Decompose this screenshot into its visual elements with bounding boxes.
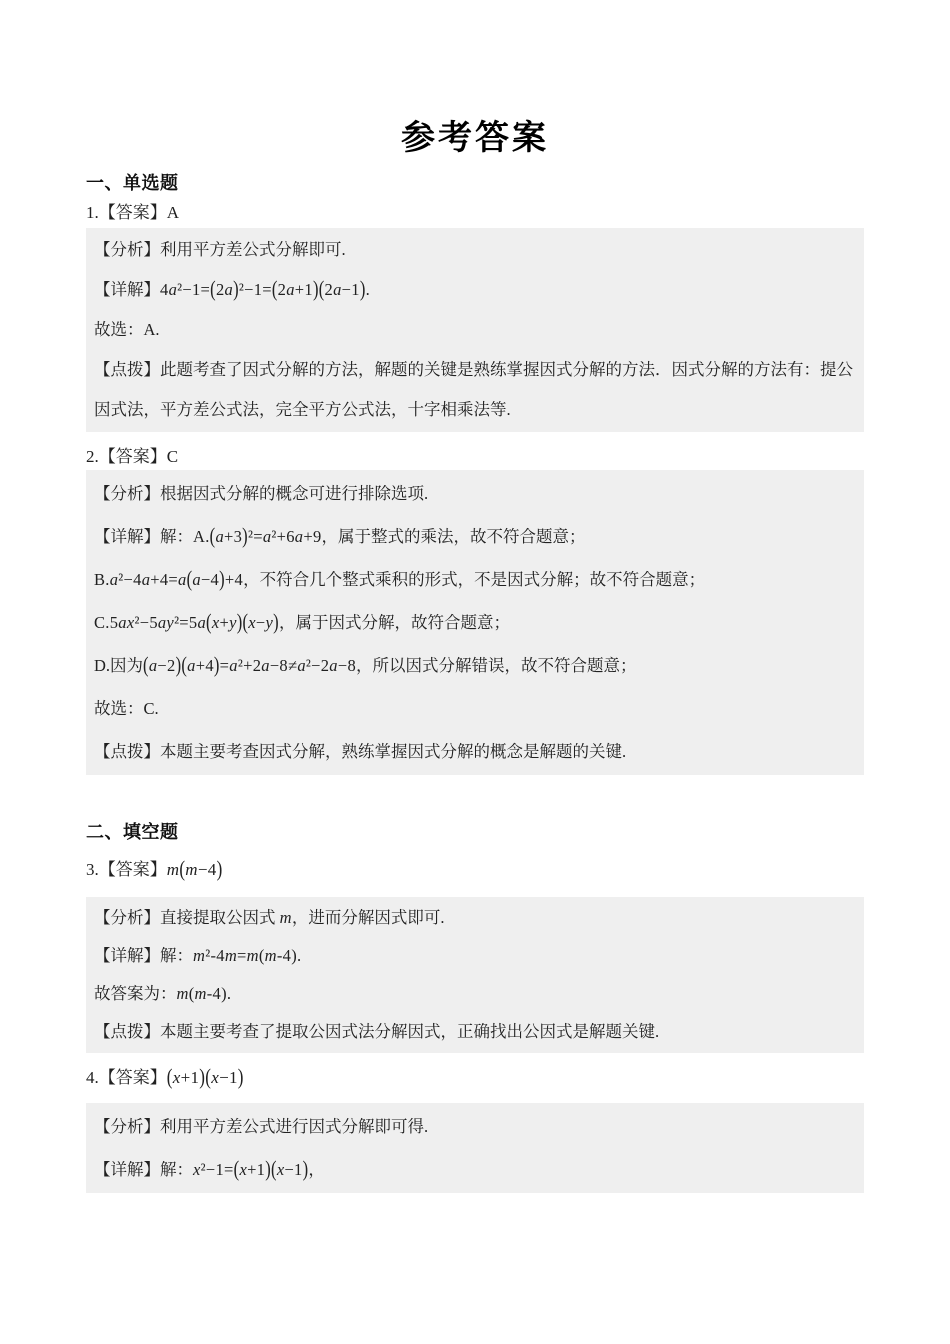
q4-answer-label: 4.【答案】: [86, 1068, 167, 1087]
q3-answer-formula: m(m−4): [167, 860, 223, 879]
q2-option-d-pre: D.因为: [94, 656, 143, 675]
q2-analysis: 【分析】根据因式分解的概念可进行排除选项.: [94, 472, 856, 515]
q1-detail-label: 【详解】: [94, 280, 160, 299]
q4-detail-line: 【详解】解：x²−1=(x+1)(x−1)，: [94, 1148, 856, 1191]
q2-option-a-text: ，属于整式的乘法，故不符合题意；: [322, 527, 586, 546]
q2-conclusion: 故选：C.: [94, 687, 856, 730]
q3-detail-line: 【详解】解：m²-4m=m(m-4).: [94, 937, 856, 975]
q2-option-c-text: ，属于因式分解，故符合题意；: [279, 613, 510, 632]
page-title: 参考答案: [86, 116, 864, 160]
section-heading-fill-blank: 二、填空题: [86, 821, 864, 843]
q2-option-b-text: ，不符合几个整式乘积的形式，不是因式分解；故不符合题意；: [243, 570, 705, 589]
q1-conclusion: 故选：A.: [94, 310, 856, 350]
q2-option-b-formula: B.a²−4a+4=a(a−4)+4: [94, 570, 243, 589]
q2-answer-label: 2.【答案】: [86, 447, 167, 466]
document-page: 参考答案 一、单选题 1.【答案】A 【分析】利用平方差公式分解即可. 【详解】…: [0, 116, 950, 1193]
q2-option-a-formula: A.(a+3)²=a²+6a+9: [193, 527, 322, 546]
q4-detail-post: ，: [308, 1160, 325, 1179]
q3-detail-formula: m²-4m=m(m-4).: [193, 946, 301, 965]
q2-detail-option-d: D.因为(a−2)(a+4)=a²+2a−8≠a²−2a−8，所以因式分解错误，…: [94, 644, 856, 687]
q1-answer-line: 1.【答案】A: [86, 200, 864, 226]
q2-answer-line: 2.【答案】C: [86, 444, 864, 470]
q2-note: 【点拨】本题主要考查因式分解，熟练掌握因式分解的概念是解题的关键.: [94, 730, 856, 773]
q1-note: 【点拨】此题考查了因式分解的方法，解题的关键是熟练掌握因式分解的方法．因式分解的…: [94, 350, 856, 430]
q2-option-d-text: ，所以因式分解错误，故不符合题意；: [356, 656, 637, 675]
q1-explanation-box: 【分析】利用平方差公式分解即可. 【详解】4a²−1=(2a)²−1=(2a+1…: [86, 228, 864, 432]
q4-answer-line: 4.【答案】(x+1)(x−1): [86, 1065, 864, 1091]
q2-detail-option-a: 【详解】解：A.(a+3)²=a²+6a+9，属于整式的乘法，故不符合题意；: [94, 515, 856, 558]
q1-answer-label: 1.【答案】: [86, 203, 167, 222]
q3-answer-line: 3.【答案】m(m−4): [86, 857, 864, 883]
q3-conclusion-formula: m(m-4).: [177, 984, 232, 1003]
q4-detail-label: 【详解】解：: [94, 1160, 193, 1179]
q3-explanation-box: 【分析】直接提取公因式 m，进而分解因式即可. 【详解】解：m²-4m=m(m-…: [86, 897, 864, 1053]
q2-explanation-box: 【分析】根据因式分解的概念可进行排除选项. 【详解】解：A.(a+3)²=a²+…: [86, 470, 864, 775]
q1-answer-value: A: [167, 203, 179, 222]
q3-analysis-pre: 【分析】直接提取公因式: [94, 908, 280, 927]
q3-note: 【点拨】本题主要考查了提取公因式法分解因式，正确找出公因式是解题关键.: [94, 1013, 856, 1051]
q4-analysis: 【分析】利用平方差公式进行因式分解即可得.: [94, 1105, 856, 1148]
q2-option-d-formula: (a−2)(a+4)=a²+2a−8≠a²−2a−8: [143, 656, 356, 675]
q2-answer-value: C: [167, 447, 178, 466]
q2-option-c-formula: C.5ax²−5ay²=5a(x+y)(x−y): [94, 613, 279, 632]
q2-detail-label: 【详解】解：: [94, 527, 193, 546]
q4-answer-formula: (x+1)(x−1): [167, 1068, 244, 1087]
q4-explanation-box: 【分析】利用平方差公式进行因式分解即可得. 【详解】解：x²−1=(x+1)(x…: [86, 1103, 864, 1193]
q3-analysis: 【分析】直接提取公因式 m，进而分解因式即可.: [94, 899, 856, 937]
section-heading-single-choice: 一、单选题: [86, 172, 864, 194]
q3-analysis-formula: m: [280, 908, 292, 927]
q3-analysis-post: ，进而分解因式即可.: [292, 908, 445, 927]
q1-analysis: 【分析】利用平方差公式分解即可.: [94, 230, 856, 270]
q3-detail-label: 【详解】解：: [94, 946, 193, 965]
q3-answer-label: 3.【答案】: [86, 860, 167, 879]
q3-conclusion-pre: 故答案为：: [94, 984, 177, 1003]
q3-conclusion: 故答案为：m(m-4).: [94, 975, 856, 1013]
q1-detail-formula: 4a²−1=(2a)²−1=(2a+1)(2a−1).: [160, 280, 370, 299]
q4-detail-formula: x²−1=(x+1)(x−1): [193, 1160, 308, 1179]
q1-detail-line: 【详解】4a²−1=(2a)²−1=(2a+1)(2a−1).: [94, 270, 856, 310]
q2-detail-option-c: C.5ax²−5ay²=5a(x+y)(x−y)，属于因式分解，故符合题意；: [94, 601, 856, 644]
